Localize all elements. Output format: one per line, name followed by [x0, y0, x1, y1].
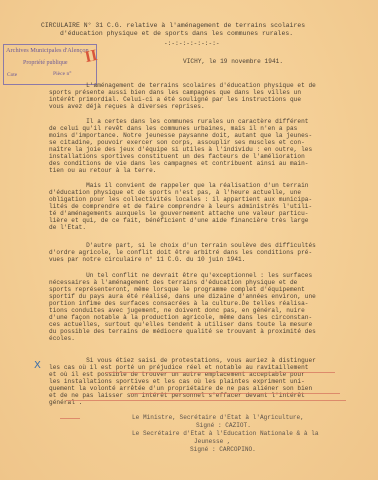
dateline: VICHY, le 19 novembre 1941. [183, 58, 283, 65]
signature-line: Le Secrétaire d'Etat à l'Education Natio… [132, 430, 319, 438]
p3-line: lière et qui, de ce fait, bénéficient d'… [49, 217, 308, 224]
signature-line: Signé : CARCOPINO. [190, 446, 256, 454]
red-underline [66, 400, 346, 401]
p3-line: de l'Etat. [49, 224, 86, 231]
margin-cross-mark: X [34, 360, 41, 371]
separator: -:-:-:-:-:-:-:- [164, 40, 220, 47]
p2-line: tien ou au retour à la terre. [49, 167, 157, 174]
signature-line: Signé : CAZIOT. [196, 422, 251, 430]
p1-line: vous avez déjà reçues à diverses reprise… [49, 103, 205, 110]
title-line-1: CIRCULAIRE N° 31 C.G. relative à l'aména… [41, 22, 305, 29]
p4-line: vues par notre circulaire n° 11 C.G. du … [49, 256, 245, 263]
red-underline [60, 418, 80, 419]
signature-line: Jeunesse , [194, 438, 231, 446]
stamp-archive-name: Archives Municipales d'Alençon [6, 47, 89, 54]
signature-line: Le Ministre, Secrétaire d'Etat à l'Agric… [132, 414, 304, 422]
stamp-piece-label: Pièce n° [53, 71, 72, 77]
red-underline [130, 393, 340, 394]
p5-line: écoles. [49, 335, 75, 342]
stamp-public-property: Propriété publique [23, 60, 68, 66]
title-line-2: d'éducation physique et de sports dans l… [60, 30, 293, 37]
document-page: CIRCULAIRE N° 31 C.G. relative à l'aména… [0, 0, 378, 480]
p5-line: du possible des terrains de médiocre qua… [49, 328, 316, 335]
red-underline [105, 372, 335, 373]
stamp-cote-label: Cote [7, 72, 17, 78]
